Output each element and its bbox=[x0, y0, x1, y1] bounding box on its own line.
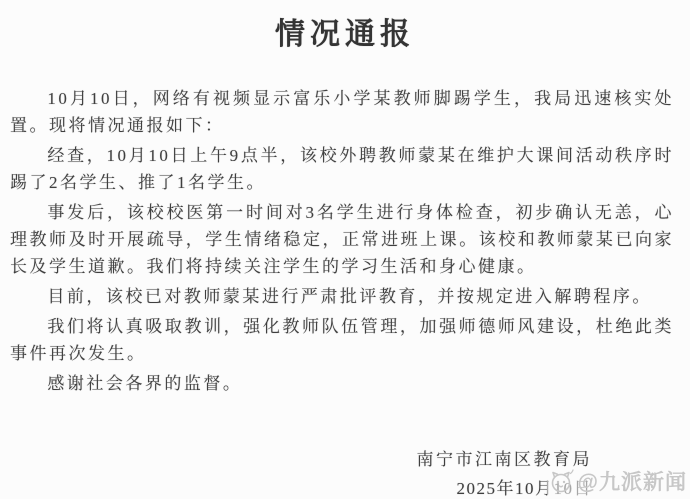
issuing-authority: 南宁市江南区教育局 bbox=[0, 445, 592, 474]
jiupai-news-logo-icon bbox=[549, 469, 574, 494]
notice-paragraph-intro: 10月10日，网络有视频显示富乐小学某教师脚踢学生，我局迅速核实处置。现将情况通… bbox=[10, 85, 674, 139]
watermark-text: @九派新闻 bbox=[578, 466, 687, 496]
issue-date: 2025年10月10日 bbox=[0, 474, 592, 499]
page-title: 情况通报 bbox=[0, 0, 690, 53]
notice-paragraph-thanks: 感谢社会各界的监督。 bbox=[10, 370, 674, 397]
notice-paragraph-commitment: 我们将认真吸取教训，强化教师队伍管理，加强师德师风建设，杜绝此类事件再次发生。 bbox=[10, 313, 674, 367]
notice-document: 情况通报 10月10日，网络有视频显示富乐小学某教师脚踢学生，我局迅速核实处置。… bbox=[0, 0, 690, 499]
notice-body: 10月10日，网络有视频显示富乐小学某教师脚踢学生，我局迅速核实处置。现将情况通… bbox=[0, 85, 690, 397]
notice-paragraph-discipline: 目前，该校已对教师蒙某进行严肃批评教育，并按规定进入解聘程序。 bbox=[10, 283, 674, 310]
notice-paragraph-findings: 经查，10月10日上午9点半，该校外聘教师蒙某在维护大课间活动秩序时踢了2名学生… bbox=[10, 142, 674, 196]
watermark: @九派新闻 bbox=[547, 466, 687, 496]
notice-paragraph-response: 事发后，该校校医第一时间对3名学生进行身体检查，初步确认无恙，心理教师及时开展疏… bbox=[10, 199, 674, 280]
